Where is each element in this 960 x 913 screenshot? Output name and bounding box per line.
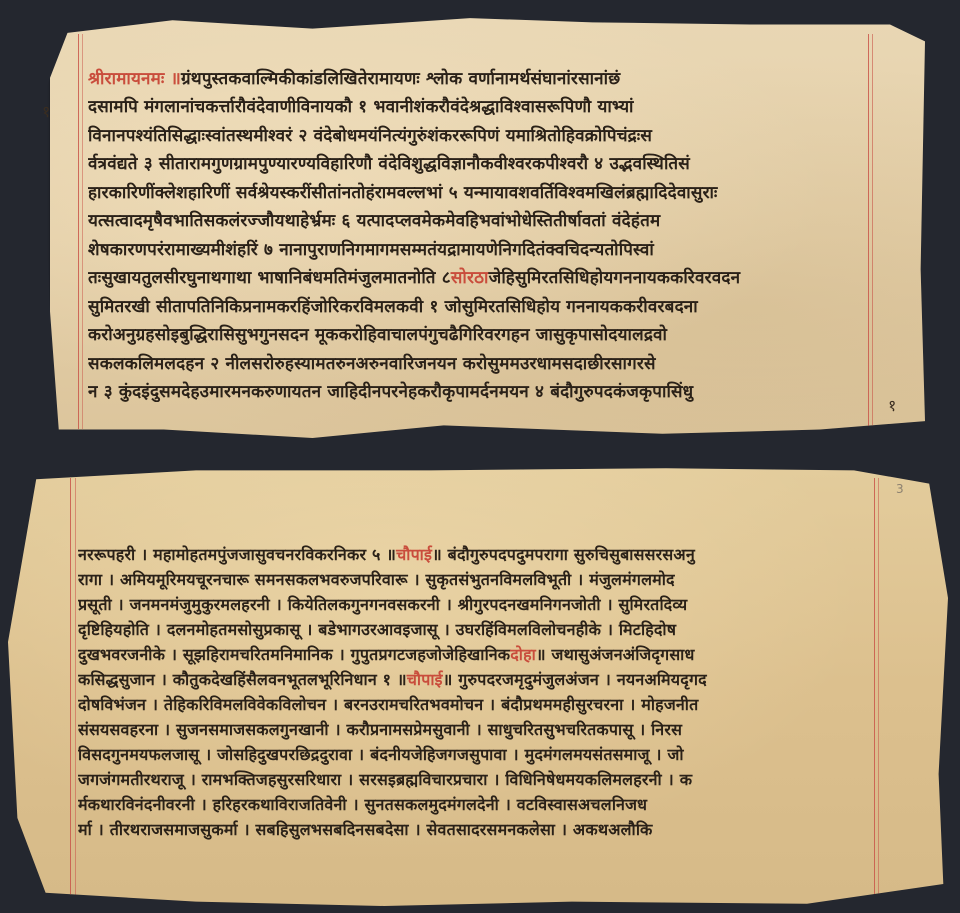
line-text: शेषकारणपरंरामाख्यमीशंहरिं ७ नानापुराणनिग… bbox=[88, 237, 654, 260]
line-text: र्वत्रवंद्यते ३ सीतारामगुणग्रामपुण्यारण्… bbox=[88, 151, 690, 174]
text-line: र्वत्रवंद्यते ३ सीतारामगुणग्रामपुण्यारण्… bbox=[88, 146, 866, 175]
manuscript-folio-bottom: 3 नररूपहरी । महामोहतमपुंजजासुवचनरविकरनिक… bbox=[8, 466, 948, 906]
left-margin-folio-number: १ bbox=[42, 100, 50, 122]
pencil-folio-number: 3 bbox=[896, 482, 904, 496]
line-text: जेहिसुमिरतसिधिहोयगननायककरिवरवदन bbox=[489, 265, 741, 288]
text-line: सकलकलिमलदहन २ नीलसरोरुहस्यामतरुनअरुनवारि… bbox=[88, 345, 866, 374]
text-line: श्रीरामायनमः ॥ ग्रंथपुस्तकवाल्मिकीकांडलि… bbox=[88, 60, 866, 89]
line-text: सुमितरखी सीतापतिनिकिप्रनामकरहिंजोरिकरविम… bbox=[88, 294, 698, 317]
text-line: कसिद्धसुजान । कौतुकदेखहिंसैलवनभूतलभूरिनि… bbox=[78, 665, 872, 690]
text-line: र्मकथारविनंदनीवरनी । हरिहरकथाविराजतिवेनी… bbox=[78, 790, 872, 815]
line-text: करोअनुग्रहसोइबुद्धिरासिसुभगुनसदन मूककरोह… bbox=[88, 322, 667, 345]
line-text: संसयसवहरना । सुजनसमाजसकलगुनखानी । करौप्र… bbox=[78, 718, 682, 740]
line-text: हारकारिणींक्लेशहारिणीं सर्वश्रेयस्करींसी… bbox=[88, 180, 718, 203]
line-text: र्मकथारविनंदनीवरनी । हरिहरकथाविराजतिवेनी… bbox=[78, 793, 647, 815]
rubric-chaupai: चौपाई bbox=[396, 543, 432, 565]
right-margin-folio-number: १ bbox=[888, 394, 896, 416]
left-margin-rule bbox=[70, 478, 71, 898]
folio-top-text-block: श्रीरामायनमः ॥ ग्रंथपुस्तकवाल्मिकीकांडलि… bbox=[88, 60, 866, 402]
line-text: विनानपश्यंतिसिद्धाःस्वांतस्थमीश्वरं २ वं… bbox=[88, 123, 652, 146]
rubric-invocation: श्रीरामायनमः ॥ bbox=[88, 66, 181, 89]
text-line: प्रसूती । जनमनमंजुमुकुरमलहरनी । कियेतिलक… bbox=[78, 590, 872, 615]
text-line: दसामपि मंगलानांचकर्त्तारौवंदेवाणीविनायकौ… bbox=[88, 89, 866, 118]
manuscript-folio-top: १ १ श्रीरामायनमः ॥ ग्रंथपुस्तकवाल्मिकीका… bbox=[50, 16, 925, 438]
text-line: तःसुखायतुलसीरघुनाथगाथा भाषानिबंधमतिमंजुल… bbox=[88, 260, 866, 289]
text-line: र्मा । तीरथराजसमाजसुकर्मा । सबहिसुलभसबदि… bbox=[78, 815, 872, 840]
line-text: दोषविभंजन । तेहिकरिविमलविवेकविलोचन । बरन… bbox=[78, 693, 698, 715]
right-margin-rule bbox=[874, 478, 875, 903]
line-text: ॥ बंदौगुरुपदपदुमपरागा सुरुचिसुबाससरसअनु bbox=[432, 543, 695, 565]
text-line: संसयसवहरना । सुजनसमाजसकलगुनखानी । करौप्र… bbox=[78, 715, 872, 740]
line-text: दसामपि मंगलानांचकर्त्तारौवंदेवाणीविनायकौ… bbox=[88, 94, 634, 117]
text-line: रागा । अमियमूरिमयचूरनचारू समनसकलभवरुजपरि… bbox=[78, 565, 872, 590]
left-margin-rule-inner bbox=[82, 34, 83, 429]
folio-bottom-text-block: नररूपहरी । महामोहतमपुंजजासुवचनरविकरनिकर … bbox=[78, 540, 872, 840]
line-text: ॥ जथासुअंजनअंजिदृगसाध bbox=[536, 643, 695, 665]
text-line: सुमितरखी सीतापतिनिकिप्रनामकरहिंजोरिकरविम… bbox=[88, 288, 866, 317]
line-text: यत्सत्वादमृषैवभातिसकलंरज्जौयथाहेर्भ्रमः … bbox=[88, 208, 660, 231]
text-line: शेषकारणपरंरामाख्यमीशंहरिं ७ नानापुराणनिग… bbox=[88, 231, 866, 260]
line-text: ॥ गुरुपदरजमृदुमंजुलअंजन । नयनअमियदृगद bbox=[443, 668, 707, 690]
rubric-chaupai: चौपाई bbox=[407, 668, 443, 690]
line-text: जगजंगमतीरथराजू । रामभक्तिजहसुरसरिधारा । … bbox=[78, 768, 692, 790]
text-line: विसदगुनमयफलजासू । जोसहिदुखपरछिद्रदुरावा … bbox=[78, 740, 872, 765]
line-text: सकलकलिमलदहन २ नीलसरोरुहस्यामतरुनअरुनवारि… bbox=[88, 351, 656, 374]
line-text: ग्रंथपुस्तकवाल्मिकीकांडलिखितेरामायणः श्ल… bbox=[181, 66, 620, 89]
rubric-sortha: सोरठा bbox=[451, 265, 489, 288]
line-text: प्रसूती । जनमनमंजुमुकुरमलहरनी । कियेतिलक… bbox=[78, 593, 687, 615]
line-text: न ३ कुंदइंदुसमदेहउमारमनकरुणायतन जाहिदीनप… bbox=[88, 379, 693, 402]
left-margin-rule bbox=[78, 34, 79, 429]
text-line: विनानपश्यंतिसिद्धाःस्वांतस्थमीश्वरं २ वं… bbox=[88, 117, 866, 146]
right-margin-rule bbox=[868, 34, 869, 434]
text-line: दुखभवरजनीके । सूझहिरामचरितमनिमानिक । गुप… bbox=[78, 640, 872, 665]
text-line: हारकारिणींक्लेशहारिणीं सर्वश्रेयस्करींसी… bbox=[88, 174, 866, 203]
line-text: कसिद्धसुजान । कौतुकदेखहिंसैलवनभूतलभूरिनि… bbox=[78, 668, 407, 690]
line-text: तःसुखायतुलसीरघुनाथगाथा भाषानिबंधमतिमंजुल… bbox=[88, 265, 451, 288]
line-text: र्मा । तीरथराजसमाजसुकर्मा । सबहिसुलभसबदि… bbox=[78, 818, 653, 840]
left-margin-rule-inner bbox=[75, 478, 76, 898]
right-margin-rule-inner bbox=[872, 34, 873, 434]
text-line: नररूपहरी । महामोहतमपुंजजासुवचनरविकरनिकर … bbox=[78, 540, 872, 565]
rubric-doha: दोहा bbox=[510, 643, 536, 665]
text-line: जगजंगमतीरथराजू । रामभक्तिजहसुरसरिधारा । … bbox=[78, 765, 872, 790]
text-line: दृष्टिहियहोति । दलनमोहतमसोसुप्रकासू । बड… bbox=[78, 615, 872, 640]
line-text: दृष्टिहियहोति । दलनमोहतमसोसुप्रकासू । बड… bbox=[78, 618, 676, 640]
text-line: न ३ कुंदइंदुसमदेहउमारमनकरुणायतन जाहिदीनप… bbox=[88, 374, 866, 403]
line-text: रागा । अमियमूरिमयचूरनचारू समनसकलभवरुजपरि… bbox=[78, 568, 675, 590]
text-line: यत्सत्वादमृषैवभातिसकलंरज्जौयथाहेर्भ्रमः … bbox=[88, 203, 866, 232]
line-text: विसदगुनमयफलजासू । जोसहिदुखपरछिद्रदुरावा … bbox=[78, 743, 684, 765]
line-text: नररूपहरी । महामोहतमपुंजजासुवचनरविकरनिकर … bbox=[78, 543, 396, 565]
text-line: दोषविभंजन । तेहिकरिविमलविवेकविलोचन । बरन… bbox=[78, 690, 872, 715]
right-margin-rule-inner bbox=[878, 478, 879, 903]
line-text: दुखभवरजनीके । सूझहिरामचरितमनिमानिक । गुप… bbox=[78, 643, 510, 665]
text-line: करोअनुग्रहसोइबुद्धिरासिसुभगुनसदन मूककरोह… bbox=[88, 317, 866, 346]
